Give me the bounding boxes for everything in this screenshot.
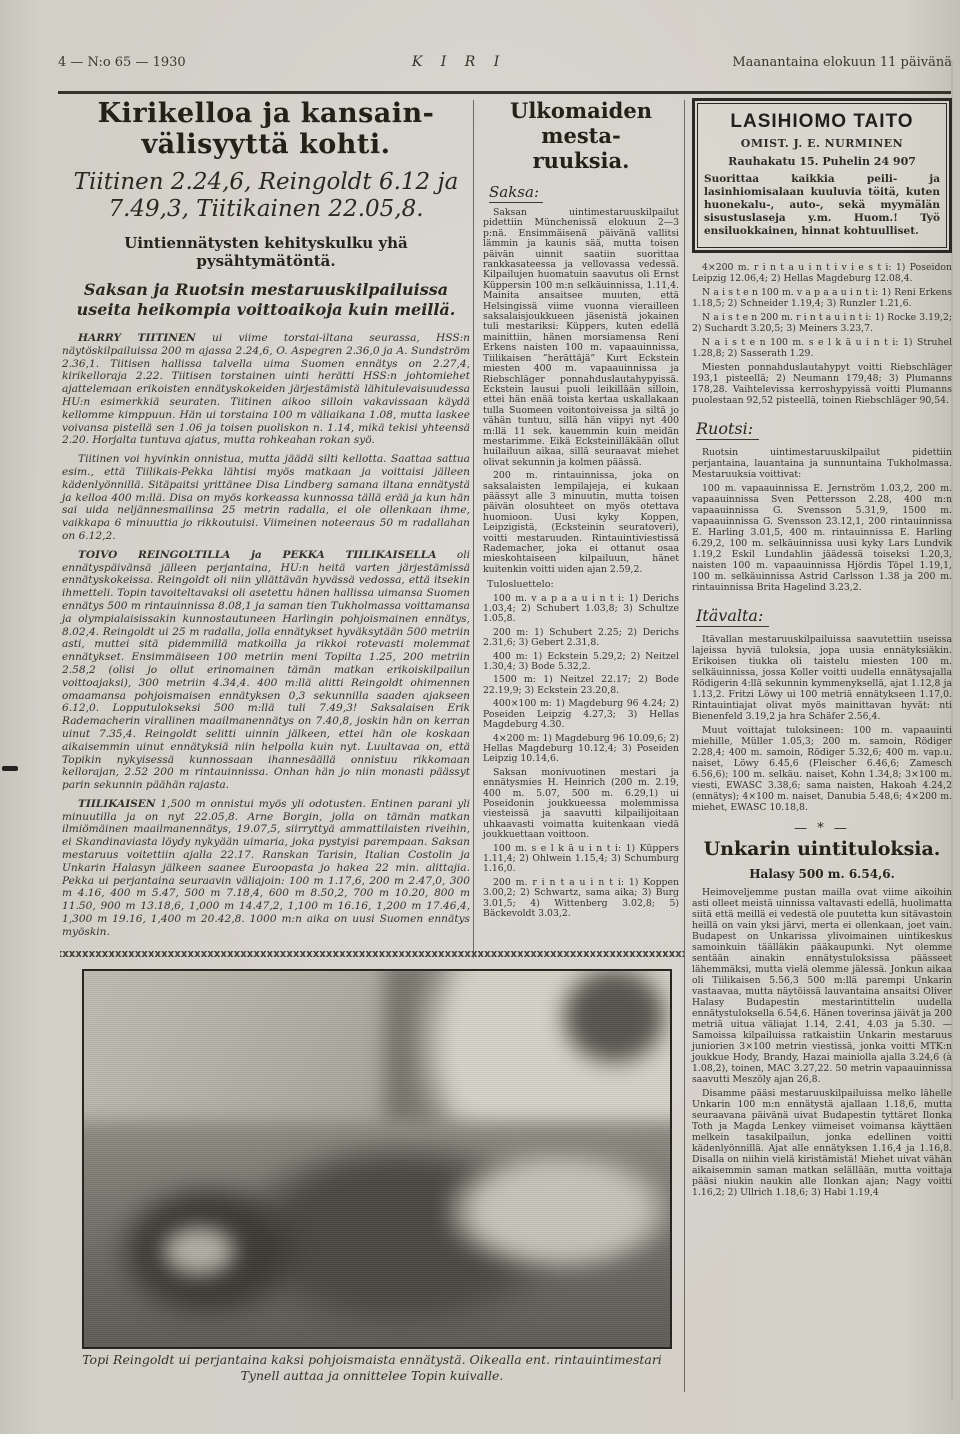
star-divider: — * — [692, 821, 952, 836]
paragraph-lead: HARRY TIITINEN [78, 332, 196, 344]
ad-title: LASIHIOMO TAITO [704, 111, 940, 133]
main-article: Kirikelloa ja kansain- välisyyttä kohti.… [62, 98, 470, 945]
article-subdeck: Saksan ja Ruotsin mestaruuskilpailuissa … [62, 280, 470, 320]
result-line: 400×100 m: 1) Magdeburg 96 4.24; 2) Pose… [483, 699, 679, 730]
paragraph-text: oli ennätyspäivänsä jälleen perjantaina,… [62, 549, 470, 791]
result-line: 4×200 m. r i n t a u i n t i v i e s t i… [692, 262, 952, 284]
swimmer-photo [82, 969, 672, 1349]
page-header: 4 — N:o 65 — 1930 K I R I Maanantaina el… [58, 54, 952, 70]
result-line: N a i s t e n 100 m. s e l k ä u i n t i… [692, 337, 952, 359]
article-paragraph: Saksan uintimestaruuskilpailut pidettiin… [483, 208, 679, 468]
article-paragraph: 200 m. rintauinnissa, joka on saksalaist… [483, 471, 679, 575]
middle-title-line1: Ulkomaiden mesta- [483, 98, 679, 148]
unkari-body: Heimoveljemme pustan mailla ovat viime a… [692, 887, 952, 1198]
issue-date: Maanantaina elokuun 11 päivänä [732, 55, 952, 70]
result-line: 100 m. s e l k ä u i n t i: 1) Küppers 1… [483, 844, 679, 875]
result-line: Miesten ponnahduslautahypyt voitti Riebs… [692, 362, 952, 406]
scan-artifact [2, 766, 18, 771]
article-title-line1: Kirikelloa ja kansain- [62, 98, 470, 129]
result-line: 4×200 m: 1) Magdeburg 96 10.09,6; 2) Hel… [483, 734, 679, 765]
article-subtitle-line1: Tiitinen 2.24,6, Reingoldt 6.12 ja [62, 169, 470, 196]
foreign-results-article: Ulkomaiden mesta- ruuksia. Saksa: Saksan… [483, 98, 679, 922]
paragraph-text: ui viime torstai-iltana seurassa, HSS:n … [62, 332, 470, 446]
column-divider [473, 100, 474, 958]
article-paragraph: Ruotsin uintimestaruuskilpailut pidettii… [692, 447, 952, 480]
itavalta-body: Itävallan mestaruuskilpailuissa saavutet… [692, 634, 952, 813]
article-paragraph: TIILIKAISEN 1,500 m onnistui myös yli od… [62, 798, 470, 939]
paragraph-text: Tiitinen voi hyvinkin onnistua, mutta jä… [62, 453, 470, 542]
ad-owner: OMIST. J. E. NURMINEN [704, 137, 940, 150]
paragraph-lead: TOIVO REINGOLTILLA ja PEKKA TIILIKAISELL… [78, 549, 436, 561]
article-subtitle: Tiitinen 2.24,6, Reingoldt 6.12 ja 7.49,… [62, 169, 470, 223]
unkari-subheading: Halasy 500 m. 6.54,6. [692, 867, 952, 881]
result-line: 100 m. v a p a a u i n t i: 1) Derichs 1… [483, 594, 679, 625]
result-line: N a i s t e n 100 m. v a p a a u i n t i… [692, 287, 952, 309]
photo-caption: Topi Reingoldt ui perjantaina kaksi pohj… [62, 1352, 682, 1384]
article-paragraph: Disamme pääsi mestaruuskilpailuissa melk… [692, 1088, 952, 1198]
results-list-heading: Tulosluettelo: [487, 580, 679, 590]
issue-number: 4 — N:o 65 — 1930 [58, 55, 186, 70]
article-deck: Uintiennätysten kehityskulku yhä pysähty… [62, 234, 470, 270]
itavalta-heading: Itävalta: [696, 606, 769, 627]
ad-frame: LASIHIOMO TAITO OMIST. J. E. NURMINEN Ra… [697, 103, 947, 248]
article-title-line2: välisyyttä kohti. [62, 129, 470, 160]
saksa-results-continued: 4×200 m. r i n t a u i n t i v i e s t i… [692, 262, 952, 406]
ruotsi-body: Ruotsin uintimestaruuskilpailut pidettii… [692, 447, 952, 593]
photo-halftone-grain [84, 971, 670, 1347]
ad-body-text: Suorittaa kaikkia peili- ja lasinhiomisa… [704, 173, 940, 238]
article-title: Kirikelloa ja kansain- välisyyttä kohti. [62, 98, 470, 160]
masthead-title: K I R I [412, 54, 506, 70]
unkari-heading: Unkarin uintituloksia. [692, 838, 952, 860]
result-line: 200 m. r i n t a u i n t i: 1) Koppen 3.… [483, 878, 679, 920]
article-paragraph: Saksan monivuotinen mestari ja ennätysmi… [483, 768, 679, 841]
saksa-body: Saksan uintimestaruuskilpailut pidettiin… [483, 208, 679, 919]
header-rule [58, 91, 952, 94]
middle-title-line2: ruuksia. [483, 148, 679, 173]
result-line: 200 m: 1) Schubert 2.25; 2) Derichs 2.31… [483, 628, 679, 649]
article-body: HARRY TIITINEN ui viime torstai-iltana s… [62, 332, 470, 939]
article-paragraph: HARRY TIITINEN ui viime torstai-iltana s… [62, 332, 470, 447]
article-paragraph: Heimoveljemme pustan mailla ovat viime a… [692, 887, 952, 1085]
article-paragraph: Itävallan mestaruuskilpailuissa saavutet… [692, 634, 952, 722]
paragraph-lead: TIILIKAISEN [78, 798, 156, 810]
article-paragraph: 100 m. vapaauinnissa E. Jernström 1.03,2… [692, 483, 952, 593]
zigzag-rule [60, 951, 684, 957]
result-line: N a i s t e n 200 m. r i n t a u i n t i… [692, 312, 952, 334]
article-paragraph: Muut voittajat tuloksineen: 100 m. vapaa… [692, 725, 952, 813]
glass-shop-ad: LASIHIOMO TAITO OMIST. J. E. NURMINEN Ra… [692, 98, 952, 253]
column-divider [684, 100, 685, 1392]
ruotsi-heading: Ruotsi: [696, 419, 759, 440]
result-line: 1500 m: 1) Neitzel 22.17; 2) Bode 22.19,… [483, 675, 679, 696]
ad-address: Rauhakatu 15. Puhelin 24 907 [704, 155, 940, 168]
middle-title: Ulkomaiden mesta- ruuksia. [483, 98, 679, 173]
saksa-heading: Saksa: [489, 183, 543, 203]
article-subtitle-line2: 7.49,3, Tiitikainen 22.05,8. [62, 196, 470, 223]
article-paragraph: TOIVO REINGOLTILLA ja PEKKA TIILIKAISELL… [62, 549, 470, 792]
result-line: 400 m: 1) Eckstein 5.29,2; 2) Neitzel 1.… [483, 652, 679, 673]
paragraph-text: 1,500 m onnistui myös yli odotusten. Ent… [62, 798, 470, 938]
article-paragraph: Tiitinen voi hyvinkin onnistua, mutta jä… [62, 453, 470, 543]
right-column: LASIHIOMO TAITO OMIST. J. E. NURMINEN Ra… [692, 98, 952, 1201]
